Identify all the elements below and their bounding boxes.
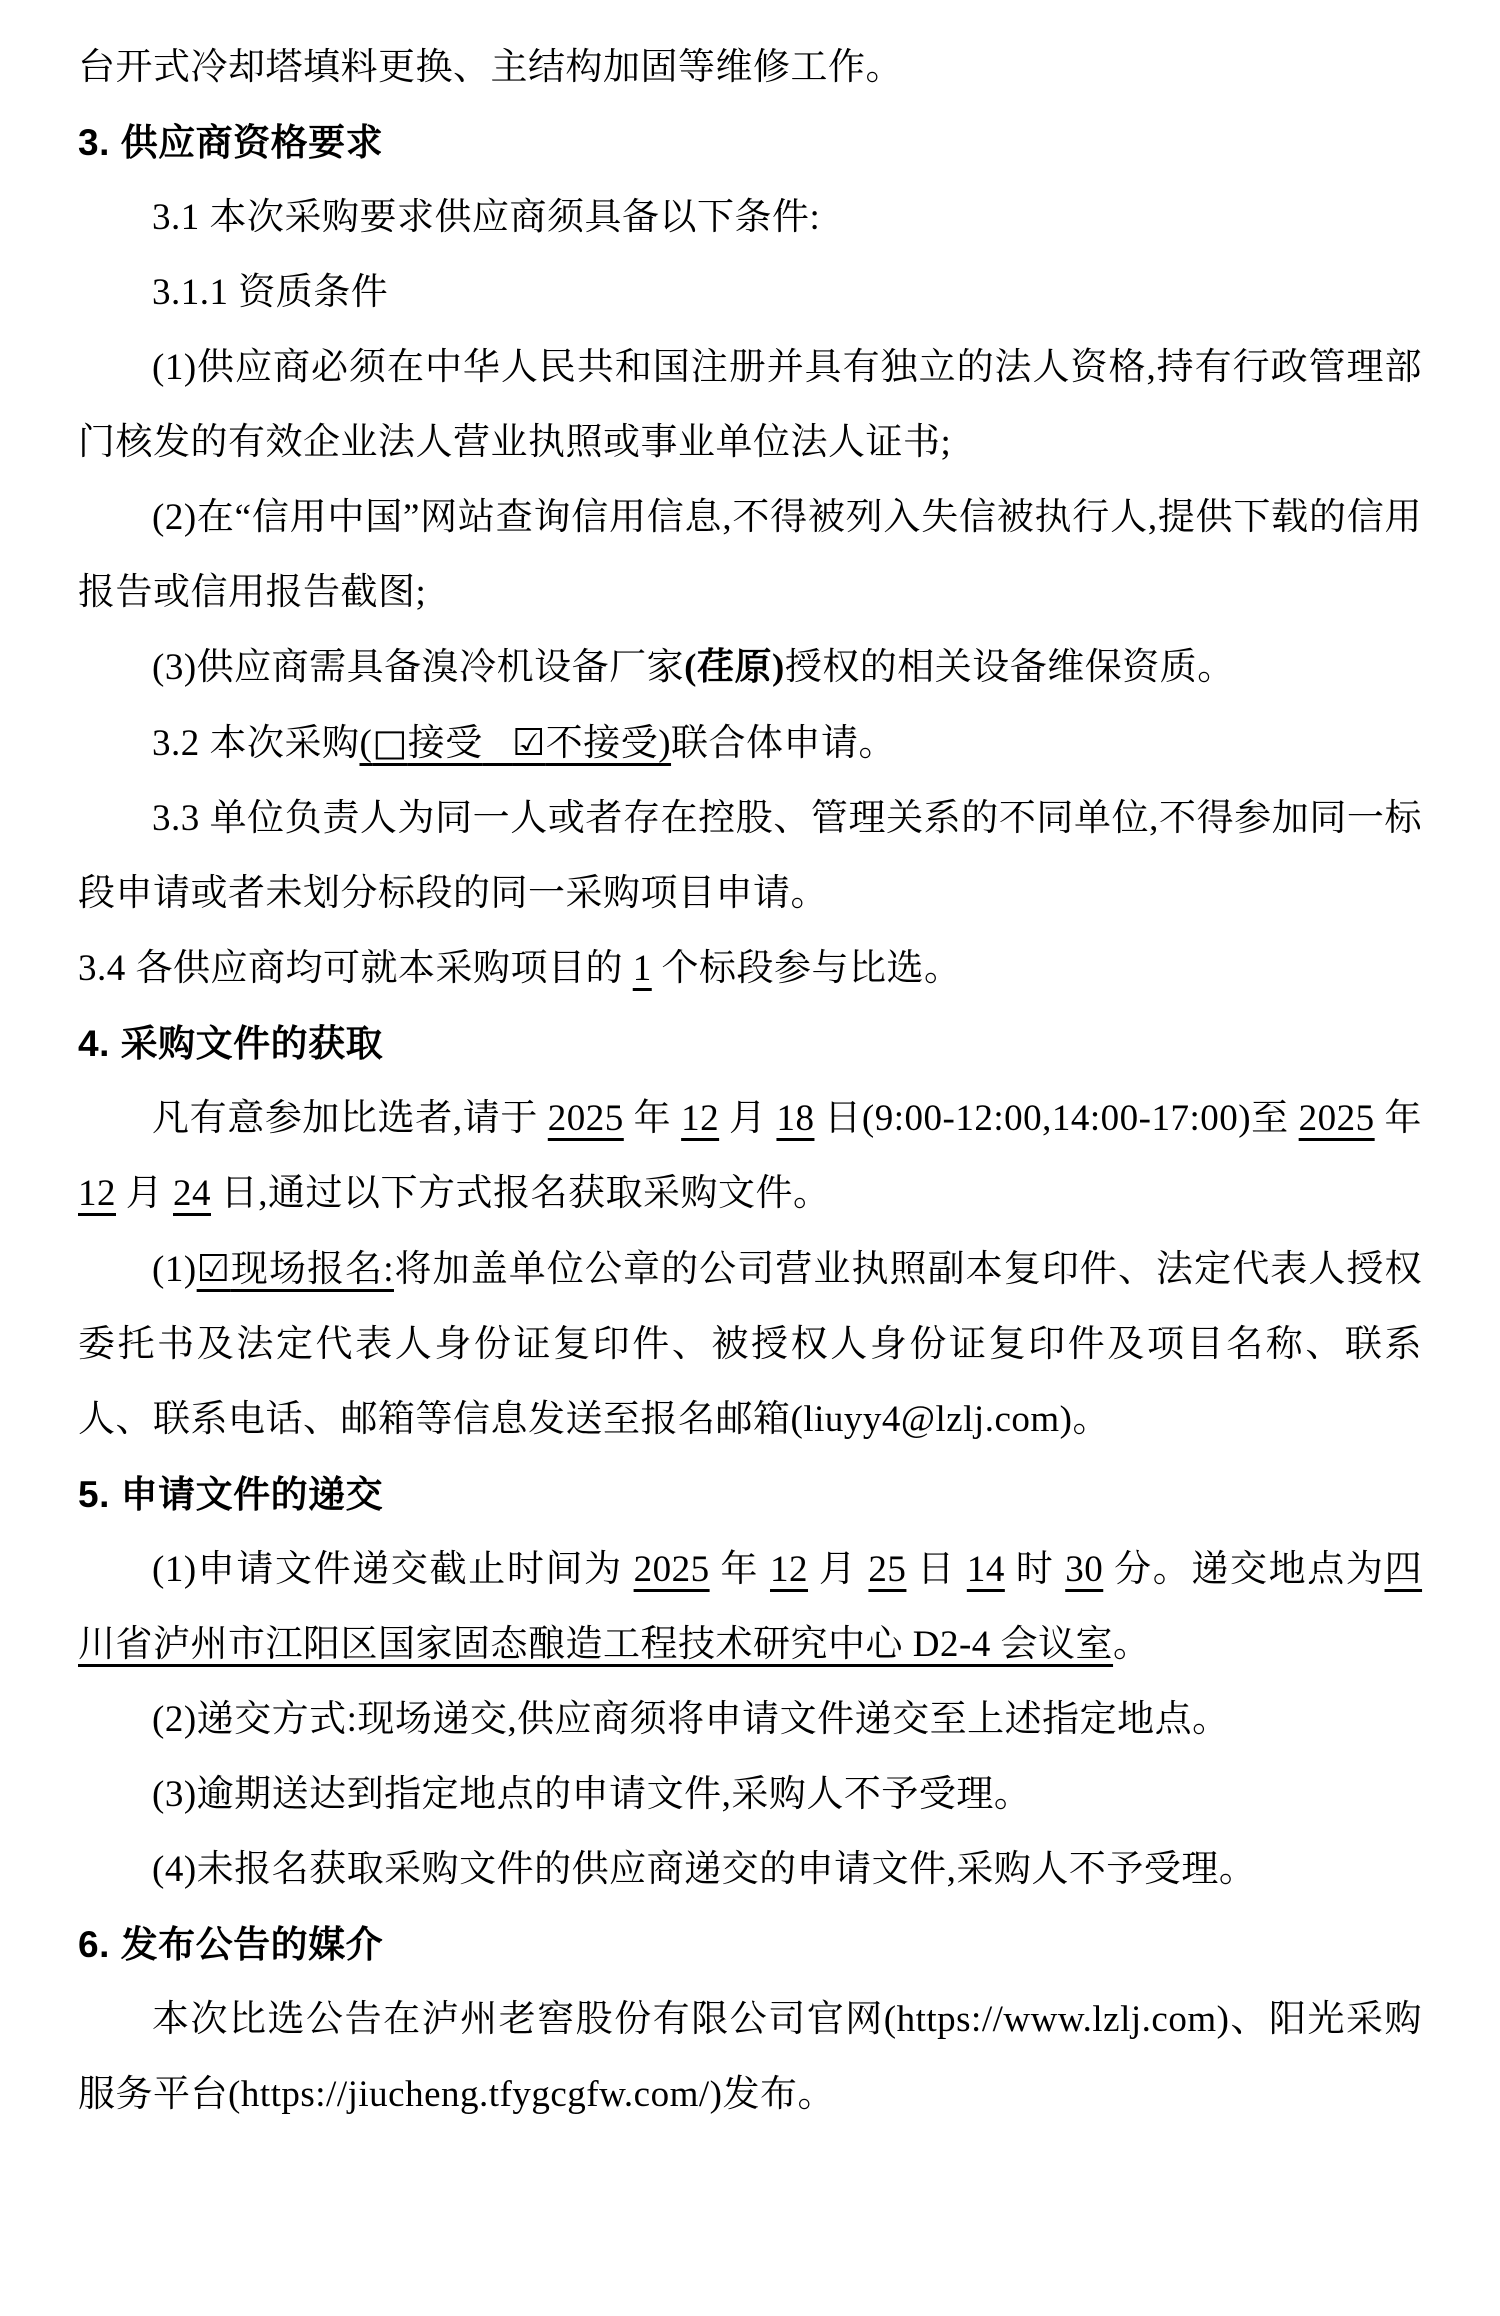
section-heading: 6. 发布公告的媒介 bbox=[78, 1907, 1422, 1982]
body-text: 个标段参与比选。 bbox=[652, 948, 962, 989]
body-text: 12 bbox=[681, 1098, 719, 1139]
body-text: 3.2 本次采购 bbox=[152, 723, 360, 764]
section-heading: 3. 供应商资格要求 bbox=[78, 105, 1422, 180]
body-text: 台开式冷却塔填料更换、主结构加固等维修工作。 bbox=[78, 47, 903, 88]
paragraph: 3.1 本次采购要求供应商须具备以下条件: bbox=[78, 180, 1422, 255]
document-page: 台开式冷却塔填料更换、主结构加固等维修工作。3. 供应商资格要求3.1 本次采购… bbox=[0, 0, 1500, 2316]
heading-text: 6. 发布公告的媒介 bbox=[78, 1924, 383, 1965]
paragraph: 本次比选公告在泸州老窖股份有限公司官网(https://www.lzlj.com… bbox=[78, 1982, 1422, 2132]
heading-text: 3. 供应商资格要求 bbox=[78, 122, 383, 163]
paragraph: (3)逾期送达到指定地点的申请文件,采购人不予受理。 bbox=[78, 1757, 1422, 1832]
body-text: (1) bbox=[152, 1249, 197, 1290]
body-text: (1)供应商必须在中华人民共和国注册并具有独立的法人资格,持有行政管理部门核发的… bbox=[78, 347, 1422, 463]
paragraph: (1)申请文件递交截止时间为 2025 年 12 月 25 日 14 时 30 … bbox=[78, 1532, 1422, 1682]
body-text: 日(9:00-12:00,14:00-17:00)至 bbox=[814, 1098, 1298, 1139]
body-text: 12 bbox=[78, 1173, 116, 1214]
body-text: 月 bbox=[719, 1098, 776, 1139]
body-text: 3.1.1 资质条件 bbox=[152, 272, 388, 313]
section-heading: 5. 申请文件的递交 bbox=[78, 1457, 1422, 1532]
body-text: 24 bbox=[173, 1173, 211, 1214]
body-text: (3)供应商需具备溴冷机设备厂家 bbox=[152, 647, 684, 688]
checkbox-checked-icon: ☑ bbox=[512, 721, 546, 764]
body-text: 12 bbox=[770, 1549, 808, 1590]
paragraph: 凡有意参加比选者,请于 2025 年 12 月 18 日(9:00-12:00,… bbox=[78, 1081, 1422, 1231]
body-text: ( bbox=[360, 723, 373, 764]
paragraph: (4)未报名获取采购文件的供应商递交的申请文件,采购人不予受理。 bbox=[78, 1832, 1422, 1907]
body-text: (3)逾期送达到指定地点的申请文件,采购人不予受理。 bbox=[152, 1774, 1031, 1815]
body-text: 月 bbox=[808, 1549, 868, 1590]
body-text: 日,通过以下方式报名获取采购文件。 bbox=[211, 1173, 831, 1214]
body-text: 25 bbox=[868, 1549, 906, 1590]
document-body: 台开式冷却塔填料更换、主结构加固等维修工作。3. 供应商资格要求3.1 本次采购… bbox=[78, 30, 1422, 2132]
body-text: 14 bbox=[967, 1549, 1005, 1590]
paragraph: 3.4 各供应商均可就本采购项目的 1 个标段参与比选。 bbox=[78, 931, 1422, 1006]
body-text: 2025 bbox=[548, 1098, 624, 1139]
body-text: (荏原) bbox=[684, 647, 785, 688]
body-text: 现场报名: bbox=[230, 1249, 394, 1290]
paragraph: (2)在“信用中国”网站查询信用信息,不得被列入失信被执行人,提供下载的信用报告… bbox=[78, 480, 1422, 630]
body-text: (1)申请文件递交截止时间为 bbox=[152, 1549, 634, 1590]
body-text: 2025 bbox=[634, 1549, 710, 1590]
paragraph: 台开式冷却塔填料更换、主结构加固等维修工作。 bbox=[78, 30, 1422, 105]
checkbox-checked-icon: ☑ bbox=[197, 1247, 231, 1290]
body-text: 3.1 本次采购要求供应商须具备以下条件: bbox=[152, 197, 820, 238]
body-text: 18 bbox=[776, 1098, 814, 1139]
heading-text: 4. 采购文件的获取 bbox=[78, 1023, 383, 1064]
body-text: 接受 bbox=[408, 723, 483, 764]
body-text: 年 bbox=[1375, 1098, 1432, 1139]
body-text: 。 bbox=[1113, 1624, 1151, 1665]
checkbox-unchecked-icon: □ bbox=[372, 721, 407, 764]
body-text: 不接受) bbox=[546, 723, 671, 764]
section-heading: 4. 采购文件的获取 bbox=[78, 1006, 1422, 1081]
body-text: 本次比选公告在泸州老窖股份有限公司官网(https://www.lzlj.com… bbox=[78, 1999, 1422, 2115]
body-text: 月 bbox=[116, 1173, 173, 1214]
body-text: (2)递交方式:现场递交,供应商须将申请文件递交至上述指定地点。 bbox=[152, 1699, 1230, 1740]
body-text: 3.3 单位负责人为同一人或者存在控股、管理关系的不同单位,不得参加同一标段申请… bbox=[78, 798, 1422, 914]
paragraph: 3.1.1 资质条件 bbox=[78, 255, 1422, 330]
body-text: 年 bbox=[624, 1098, 681, 1139]
body-text: (2)在“信用中国”网站查询信用信息,不得被列入失信被执行人,提供下载的信用报告… bbox=[78, 497, 1422, 613]
body-text: 2025 bbox=[1299, 1098, 1375, 1139]
paragraph: (3)供应商需具备溴冷机设备厂家(荏原)授权的相关设备维保资质。 bbox=[78, 630, 1422, 705]
body-text: 30 bbox=[1065, 1549, 1103, 1590]
paragraph: (1)☑现场报名:将加盖单位公章的公司营业执照副本复印件、法定代表人授权委托书及… bbox=[78, 1231, 1422, 1457]
paragraph: (1)供应商必须在中华人民共和国注册并具有独立的法人资格,持有行政管理部门核发的… bbox=[78, 330, 1422, 480]
body-text: 年 bbox=[710, 1549, 770, 1590]
body-text: 授权的相关设备维保资质。 bbox=[785, 647, 1235, 688]
body-text bbox=[483, 723, 512, 764]
paragraph: (2)递交方式:现场递交,供应商须将申请文件递交至上述指定地点。 bbox=[78, 1682, 1422, 1757]
paragraph: 3.2 本次采购(□接受 ☑不接受)联合体申请。 bbox=[78, 705, 1422, 781]
heading-text: 5. 申请文件的递交 bbox=[78, 1474, 383, 1515]
body-text: 3.4 各供应商均可就本采购项目的 bbox=[78, 948, 633, 989]
body-text: 联合体申请。 bbox=[671, 723, 896, 764]
body-text: 日 bbox=[906, 1549, 966, 1590]
body-text: 时 bbox=[1005, 1549, 1065, 1590]
body-text: 1 bbox=[633, 948, 652, 989]
body-text: (4)未报名获取采购文件的供应商递交的申请文件,采购人不予受理。 bbox=[152, 1849, 1256, 1890]
body-text: 分。递交地点为 bbox=[1103, 1549, 1384, 1590]
body-text: 凡有意参加比选者,请于 bbox=[152, 1098, 548, 1139]
paragraph: 3.3 单位负责人为同一人或者存在控股、管理关系的不同单位,不得参加同一标段申请… bbox=[78, 781, 1422, 931]
